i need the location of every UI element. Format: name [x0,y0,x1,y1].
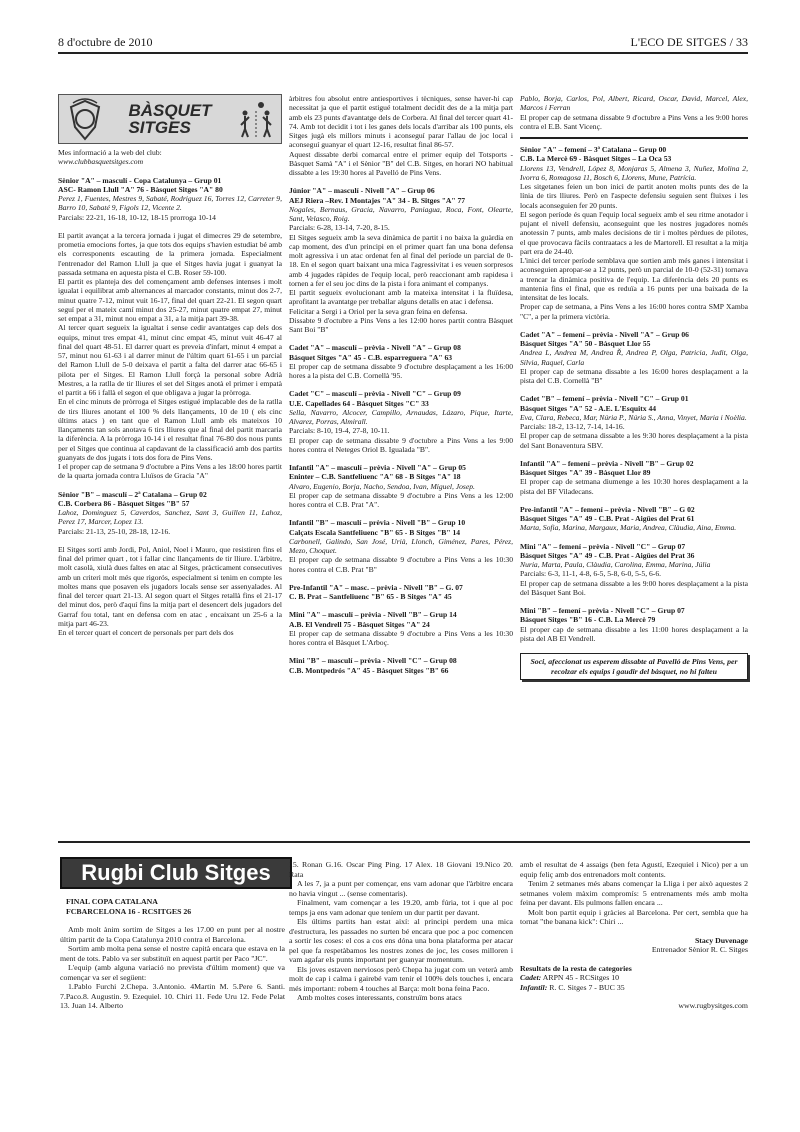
match-heading: Mini "B" – femení – prèvia - Nivell "C" … [520,606,748,615]
player-list: Pablo, Borja, Carlos, Pol, Albert, Ricar… [520,94,748,113]
match-heading: Infantil "A" – femení – prèvia - Nivell … [520,459,748,468]
match-heading: Calçats Escala Santfeliuenc "B" 65 - B S… [289,528,513,537]
article-text: El Sitges sortí amb Jordi, Pol, Aniol, N… [58,545,282,628]
result-infantil: Infantil: R. C. Sitges 7 - BUC 35 [520,983,748,993]
article-text: Parcials: 6-28, 13-14, 7-20, 8-15. [289,223,513,232]
match-heading: Cadet "A" – femení – prèvia - Nivell "A"… [520,330,748,339]
rugby-lineup: 1.Pablo Furchi 2.Chepa. 3.Antonio. 4Mart… [60,982,285,1011]
player-list: Andrea L, Andrea M, Andrea Ř, Andrea P, … [520,348,748,367]
section-divider [58,841,750,843]
basquet-column-1: BÀSQUET SITGES Mes informació a la web d… [58,94,282,637]
match-heading: Bàsquet Sitges "A" 50 - Bàsquet Llor 55 [520,339,748,348]
article-text: El Sitges segueix amb la seva dinàmica d… [289,233,513,289]
match-heading: Sènior "A" – femení – 3ª Catalana – Grup… [520,145,748,154]
spacer [289,177,513,186]
logo-line-2: SITGES [128,119,211,136]
article-text: Parcials: 18-2, 13-12, 7-14, 14-16. [520,422,748,431]
spacer [58,222,282,231]
basquet-column-3: Pablo, Borja, Carlos, Pol, Albert, Ricar… [520,94,748,680]
page-header: 8 d'octubre de 2010 L'ECO DE SITGES / 33 [58,36,748,50]
match-heading: Sènior "B" – masculí – 2ª Catalana – Gru… [58,490,282,499]
match-heading: C.B. Corbera 86 - Bàsquet Sitges "B" 57 [58,499,282,508]
club-crest-icon [65,97,105,141]
issue-date: 8 d'octubre de 2010 [58,35,152,50]
article-text: Parcials: 21-13, 25-10, 28-18, 12-16. [58,527,282,536]
article-text: El proper cap de setmana dissabte a les … [520,579,748,598]
article-text: Parcials: 6-3, 11-1, 4-8, 6-5, 5-8, 6-0,… [520,569,748,578]
article-text: El proper cap de setmana dissabte 9 d'oc… [289,491,513,510]
match-heading: Cadet "C" – masculí – prèvia - Nivell "C… [289,389,513,398]
player-list: Carbonell, Galindo, San José, Urià, Llon… [289,537,513,556]
spacer [289,574,513,583]
article-text: El proper cap de setmana diumenge a les … [520,477,748,496]
signature-name: Stacy Duvenage [520,936,748,946]
article-text: El proper cap de setmana dissabte 9 d'oc… [289,629,513,648]
rugby-paragraph: Tenim 2 setmanes més abans començar la L… [520,879,748,908]
article-text: El proper cap de setmana dissabte 9 d'oc… [289,362,513,381]
rugby-column-3: amb el resultat de 4 assaigs (ben feta A… [520,860,748,1011]
publication-title: L'ECO DE SITGES / 33 [631,35,749,50]
article-text: Aquest dissabte derbi comarcal entre el … [289,150,513,178]
header-rule [58,52,748,54]
rugby-website-link[interactable]: www.rugbysitges.com [520,1001,748,1011]
article-text: I el proper cap de setmana 9 d'octubre a… [58,462,282,481]
match-heading: Bàsquet Sitges "A" 52 - A.E. L'Esquitx 4… [520,404,748,413]
article-text: El segon període és quan l'equip local s… [520,210,748,256]
spacer [289,509,513,518]
article-text: El partit es planteja des del començamen… [58,277,282,323]
basquet-sitges-logo: BÀSQUET SITGES [58,94,282,144]
match-heading: Cadet "B" – femení – prèvia - Nivell "C"… [520,394,748,403]
article-text: El partit segueix evolucionant amb la ma… [289,288,513,307]
rugby-paragraph: Els joves estaven nerviosos però Chepa h… [289,965,513,994]
match-heading: Bàsquet Sitges "A" 49 - C.B. Prat - Aigü… [520,551,748,560]
spacer [520,533,748,542]
rugby-paragraph: Els últims partits han estat així: al pr… [289,917,513,965]
match-heading: C. B. Prat – Santfeliuenc "B" 65 - B Sit… [289,592,513,601]
match-heading: Infantil "A" – masculí – prèvia - Nivell… [289,463,513,472]
match-heading: Mini "B" – masculí – prèvia - Nivell "C"… [289,656,513,665]
match-heading: Bàsquet Sitges "A" 39 - Bàsquet Llor 89 [520,468,748,477]
rugby-paragraph: Sortim amb molta pena sense el nostre ca… [60,944,285,963]
result-cadet: Cadet: ARPN 45 - RCSitges 10 [520,973,748,983]
basquet-column-3-body: Sènior "A" – femení – 3ª Catalana – Grup… [520,145,748,643]
supporters-callout: Soci, afeccionat us esperem dissabte al … [520,653,748,680]
match-heading: A.B. El Vendrell 75 - Bàsquet Sitges "A"… [289,620,513,629]
rugby-paragraph: amb el resultat de 4 assaigs (ben feta A… [520,860,748,879]
rugby-paragraph: Amb moltes coses interessants, construïm… [289,993,513,1003]
match-heading: Pre-infantil "A" – femení – prèvia - Niv… [520,505,748,514]
article-text: El proper cap de setmana dissabte 9 d'oc… [520,113,748,132]
article-text: El proper cap de setmana dissabte 9 d'oc… [289,436,513,455]
article-text: El proper cap de setmana dissabte 9 d'oc… [289,555,513,574]
article-text: Felicitar a Sergi i a Oriol per la seva … [289,307,513,316]
article-text: Dissabte 9 d'octubre a Pins Vens a les 1… [289,316,513,335]
spacer [289,454,513,463]
binding-marks [2,0,12,1132]
player-list: Marta, Sofia, Marina, Margaux, Maria, An… [520,523,748,532]
article-text: En el tercer quart el concert de persona… [58,628,282,637]
spacer [520,321,748,330]
article-text: àrbitres fou absolut entre antiesportive… [289,94,513,150]
match-heading: Eninter – C.B. Santfeliuenc "A" 68 - B S… [289,472,513,481]
basketball-players-icon [235,99,275,139]
match-heading: Infantil "B" – masculí – prèvia - Nivell… [289,518,513,527]
match-heading: Bàsquet Sitges "A" 45 - C.B. esparreguer… [289,353,513,362]
article-text: Proper cap de setmana, a Pins Vens a les… [520,302,748,321]
match-heading: AEJ Riera –Rev. I Montajes "A" 34 - B. S… [289,196,513,205]
spacer [520,496,748,505]
basquet-column-2-body: àrbitres fou absolut entre antiesportive… [289,94,513,675]
spacer [289,334,513,343]
rugby-column-2: 15. Ronan G.16. Oscar Ping Ping. 17 Alex… [289,860,513,1003]
basquet-column-3-top: Pablo, Borja, Carlos, Pol, Albert, Ricar… [520,94,748,131]
match-heading: Cadet "A" – masculí – prèvia - Nivell "A… [289,343,513,352]
match-heading: Bàsquet Sitges "B" 16 - C.B. La Mercè 79 [520,615,748,624]
match-heading: Sènior "A" – masculí - Copa Catalunya – … [58,176,282,185]
article-text: Parcials: 8-10, 19-4, 27-8, 10-11. [289,426,513,435]
rugby-paragraph: A les 7, ja a punt per començar, ens vam… [289,879,513,898]
rugby-headline-2: FCBARCELONA 16 - RCSITGES 26 [66,907,285,917]
basquet-column-1-body: Sènior "A" – masculí - Copa Catalunya – … [58,176,282,638]
rugby-headline-1: FINAL COPA CATALANA [66,897,285,907]
results-title: Resultats de la resta de categories [520,964,748,974]
spacer [289,601,513,610]
article-text: El proper cap de setmana dissabte a les … [520,367,748,386]
rugby-club-banner: Rugbi Club Sitges [60,857,292,889]
match-heading: Mini "A" – femení – prèvia - Nivell "C" … [520,542,748,551]
rugby-column-1: Rugbi Club Sitges FINAL COPA CATALANA FC… [60,857,285,1011]
spacer [520,450,748,459]
match-heading: C.B. La Mercè 69 - Bàsquet Sitges – La O… [520,154,748,163]
match-heading: Bàsquet Sitges "A" 49 - C.B. Prat - Aigü… [520,514,748,523]
spacer [58,536,282,545]
rugby-paragraph: L'equip (amb alguna variació no prevista… [60,963,285,982]
article-text: En el cinc minuts de pròrroga el Sitges … [58,397,282,462]
match-heading: Mini "A" – masculí – prèvia - Nivell "B"… [289,610,513,619]
signature-role: Entrenador Sènior R. C. Sitges [520,945,748,955]
article-text: Al tercer quart segueix la igualtat i se… [58,323,282,397]
column-divider [520,137,748,139]
article-text: Parcials: 22-21, 16-18, 10-12, 18-15 pro… [58,213,282,222]
match-heading: U.E. Capellades 64 - Bàsquet Sitges "C" … [289,399,513,408]
player-list: Nuria, Marta, Paula, Clàudia, Carolina, … [520,560,748,569]
match-heading: ASC- Ramon Llull "A" 76 - Bàsquet Sitges… [58,185,282,194]
rugby-paragraph: Finalment, vam començar a les 19.20, amb… [289,898,513,917]
spacer [289,647,513,656]
article-text: El proper cap de setmana dissabte a les … [520,431,748,450]
web-label: Mes informació a la web del club: [58,148,282,157]
spacer [58,481,282,490]
player-list: Llorens 13, Vendrell, López 8, Monjaras … [520,164,748,183]
match-heading: Pre-Infantil "A" – masc. – prèvia - Nive… [289,583,513,592]
player-list: Lahoz, Dominguez 5, Caverdos, Sanchez, S… [58,508,282,527]
article-text: Les sitgetanes feien un bon inici de par… [520,182,748,210]
rugby-paragraph: Amb molt ànim sortim de Sitges a les 17.… [60,925,285,944]
player-list: Eva, Clara, Rebeca, Mar, Núria P., Núria… [520,413,748,422]
basquet-column-2: àrbitres fou absolut entre antiesportive… [289,94,513,675]
player-list: Sella, Navarro, Alcocer, Campillo, Arnau… [289,408,513,427]
match-heading: C.B. Montpedrós "A" 45 - Bàsquet Sitges … [289,666,513,675]
player-list: Perez 1, Fuentes, Mestres 9, Sabaté, Rod… [58,194,282,213]
player-list: Alvaro, Eugenio, Borja, Nacho, Sendoa, I… [289,482,513,491]
rugby-lineup-continued: 15. Ronan G.16. Oscar Ping Ping. 17 Alex… [289,860,513,879]
spacer [520,385,748,394]
club-website-link[interactable]: www.clubbasquetsitges.com [58,157,282,166]
match-heading: Júnior "A" – masculí - Nivell "A" – Grup… [289,186,513,195]
article-text: El partit avançat a la tercera jornada i… [58,231,282,277]
article-text: L'inici del tercer període semblava que … [520,256,748,302]
spacer [289,380,513,389]
rugby-paragraph: Molt bon partit equip i gràcies al Barce… [520,908,748,927]
logo-line-1: BÀSQUET [128,102,211,119]
spacer [520,597,748,606]
article-text: El proper cap de setmana dissabte a les … [520,625,748,644]
player-list: Nogales, Bernaus, Gracia, Navarro, Pania… [289,205,513,224]
